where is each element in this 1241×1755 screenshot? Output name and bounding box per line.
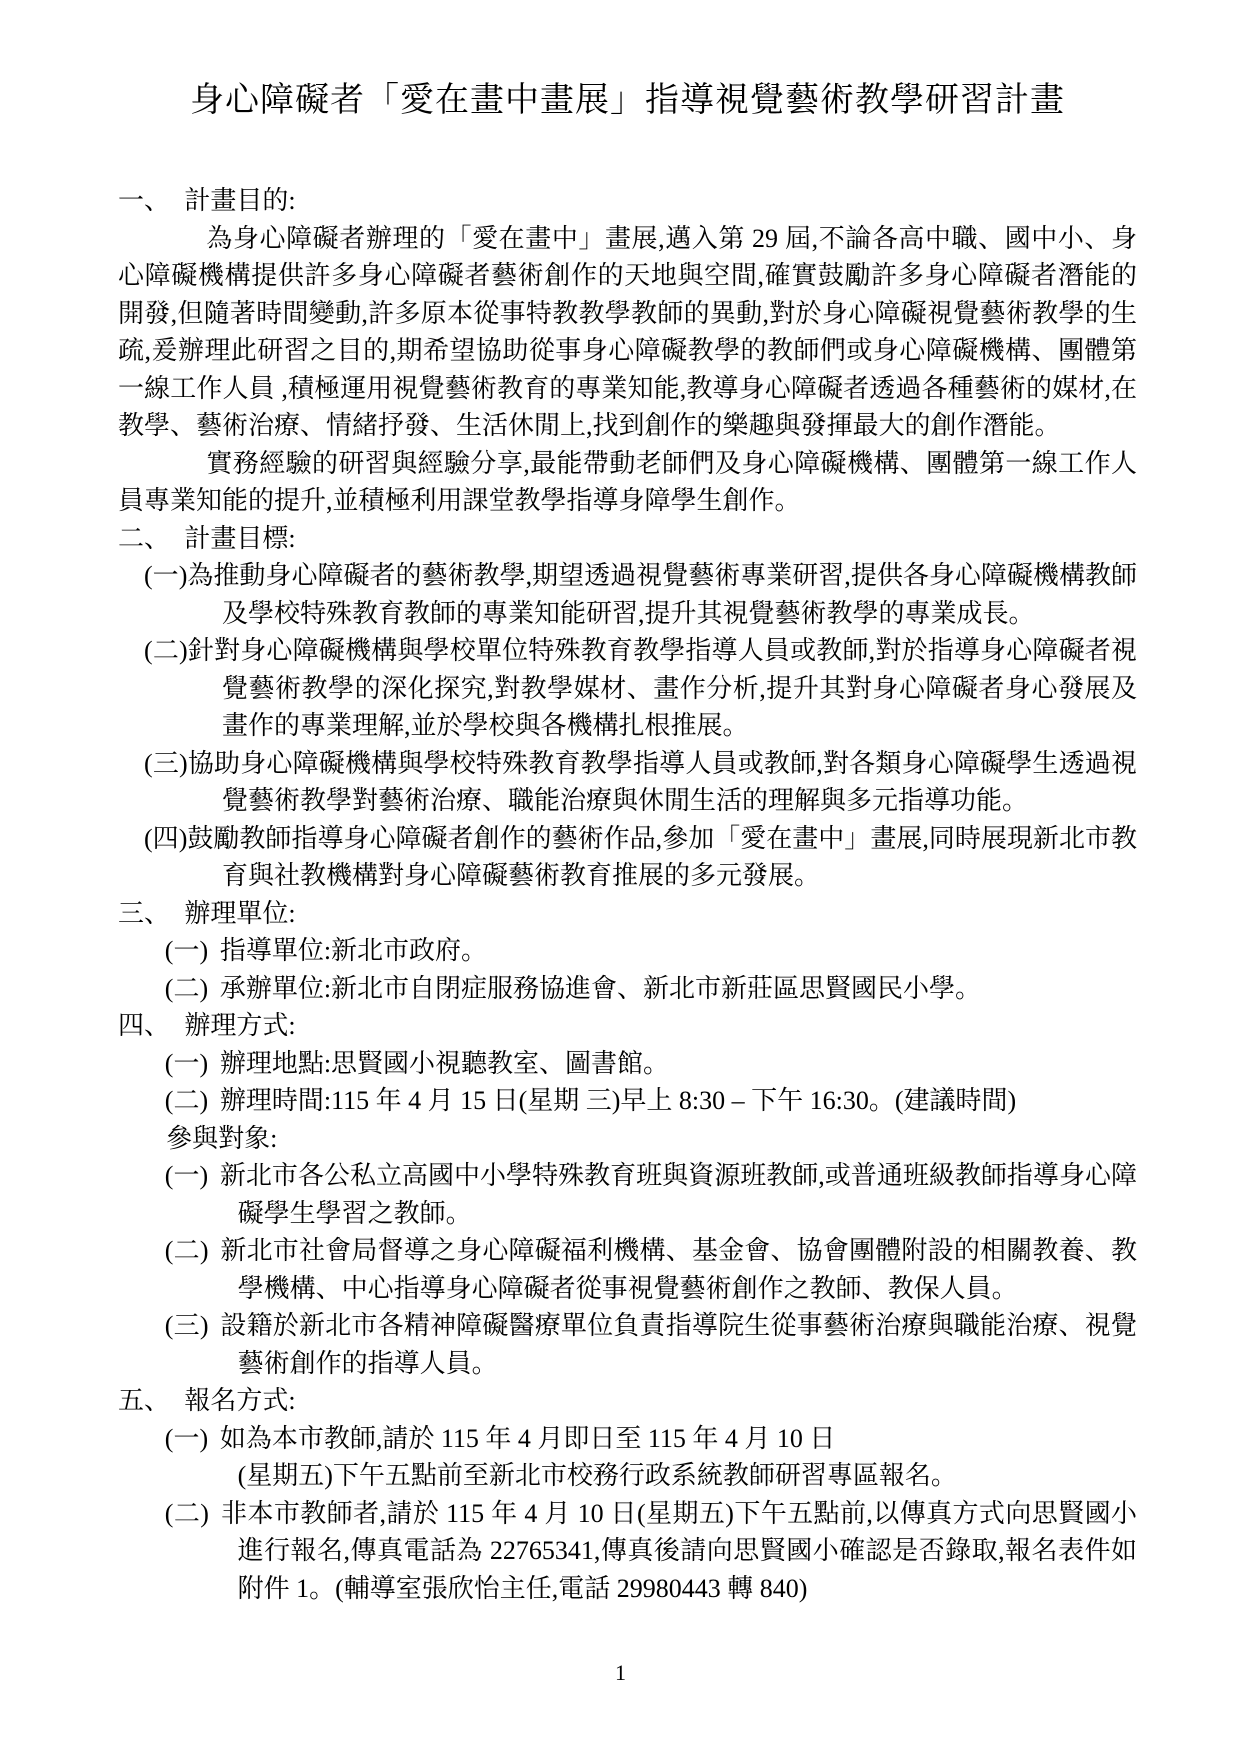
item-marker: (二) — [165, 1236, 209, 1265]
item-text: 為推動身心障礙者的藝術教學,期望透過視覺藝術專業研習,提供各身心障礙機構教師及學… — [187, 561, 1137, 628]
item-marker: (二) — [165, 1086, 208, 1115]
purpose-paragraph: 實務經驗的研習與經驗分享,最能帶動老師們及身心障礙機構、團體第一線工作人員專業知… — [118, 445, 1137, 520]
list-item: (一)新北市各公私立高國中小學特殊教育班與資源班教師,或普通班級教師指導身心障礙… — [238, 1157, 1137, 1232]
list-item: (一)辦理地點:思賢國小視聽教室、圖書館。 — [238, 1045, 1137, 1083]
list-item: (一)為推動身心障礙者的藝術教學,期望透過視覺藝術專業研習,提供各身心障礙機構教… — [222, 557, 1137, 632]
item-text: 辦理時間:115 年 4 月 15 日(星期 三)早上 8:30 – 下午 16… — [220, 1086, 1016, 1115]
section-heading-text: 計畫目標: — [184, 524, 295, 553]
item-marker: (一) — [165, 1161, 208, 1190]
list-item: (一)如為本市教師,請於 115 年 4 月即日至 115 年 4 月 10 日… — [238, 1420, 1137, 1495]
section-heading: 四、辦理方式: — [118, 1007, 1137, 1045]
list-item: (二)新北市社會局督導之身心障礙福利機構、基金會、協會團體附設的相關教養、教學機… — [238, 1232, 1137, 1307]
list-item: (二)針對身心障礙機構與學校單位特殊教育教學指導人員或教師,對於指導身心障礙者視… — [222, 632, 1137, 745]
section-method: 四、辦理方式: (一)辦理地點:思賢國小視聽教室、圖書館。 (二)辦理時間:11… — [118, 1007, 1137, 1382]
item-text: 辦理地點:思賢國小視聽教室、圖書館。 — [220, 1049, 669, 1078]
item-text: 新北市社會局督導之身心障礙福利機構、基金會、協會團體附設的相關教養、教學機構、中… — [220, 1236, 1137, 1303]
section-purpose: 一、計畫目的: 為身心障礙者辦理的「愛在畫中」畫展,邁入第 29 屆,不論各高中… — [118, 182, 1137, 520]
section-heading-text: 報名方式: — [184, 1386, 295, 1415]
section-goals: 二、計畫目標: (一)為推動身心障礙者的藝術教學,期望透過視覺藝術專業研習,提供… — [118, 520, 1137, 895]
section-heading: 二、計畫目標: — [118, 520, 1137, 558]
list-item: (三)協助身心障礙機構與學校特殊教育教學指導人員或教師,對各類身心障礙學生透過視… — [222, 745, 1137, 820]
item-text: 針對身心障礙機構與學校單位特殊教育教學指導人員或教師,對於指導身心障礙者視覺藝術… — [188, 636, 1137, 740]
item-text: 鼓勵教師指導身心障礙者創作的藝術作品,參加「愛在畫中」畫展,同時展現新北市教育與… — [187, 824, 1137, 891]
list-item: (二)辦理時間:115 年 4 月 15 日(星期 三)早上 8:30 – 下午… — [238, 1082, 1137, 1120]
item-text: 承辦單位:新北市自閉症服務協進會、新北市新莊區思賢國民小學。 — [220, 974, 981, 1003]
section-heading: 三、辦理單位: — [118, 895, 1137, 933]
section-ordinal: 二、 — [118, 524, 170, 553]
item-text: 設籍於新北市各精神障礙醫療單位負責指導院生從事藝術治療與職能治療、視覺藝術創作的… — [220, 1311, 1137, 1378]
item-text: 非本市教師者,請於 115 年 4 月 10 日(星期五)下午五點前,以傳真方式… — [221, 1499, 1137, 1603]
list-item: (四)鼓勵教師指導身心障礙者創作的藝術作品,參加「愛在畫中」畫展,同時展現新北市… — [222, 820, 1137, 895]
section-registration: 五、報名方式: (一)如為本市教師,請於 115 年 4 月即日至 115 年 … — [118, 1382, 1137, 1607]
list-item: (二)承辦單位:新北市自閉症服務協進會、新北市新莊區思賢國民小學。 — [238, 970, 1137, 1008]
section-heading-text: 計畫目的: — [184, 186, 295, 215]
section-heading-text: 辦理方式: — [184, 1011, 295, 1040]
item-text: 協助身心障礙機構與學校特殊教育教學指導人員或教師,對各類身心障礙學生透過視覺藝術… — [188, 749, 1137, 816]
list-item: (一)指導單位:新北市政府。 — [238, 932, 1137, 970]
item-marker: (一) — [165, 936, 208, 965]
document-title: 身心障礙者「愛在畫中畫展」指導視覺藝術教學研習計畫 — [118, 76, 1137, 126]
item-marker: (二) — [165, 974, 208, 1003]
item-text: 指導單位:新北市政府。 — [220, 936, 487, 965]
item-text: 新北市各公私立高國中小學特殊教育班與資源班教師,或普通班級教師指導身心障礙學生學… — [220, 1161, 1137, 1228]
item-marker: (二) — [144, 636, 188, 665]
item-marker: (一) — [144, 561, 187, 590]
item-marker: (一) — [165, 1424, 208, 1453]
list-item: (三)設籍於新北市各精神障礙醫療單位負責指導院生從事藝術治療與職能治療、視覺藝術… — [238, 1307, 1137, 1382]
section-ordinal: 五、 — [118, 1386, 170, 1415]
page-number: 1 — [0, 1659, 1241, 1687]
item-text: 如為本市教師,請於 115 年 4 月即日至 115 年 4 月 10 日 (星… — [220, 1424, 957, 1491]
item-marker: (四) — [144, 824, 187, 853]
item-marker: (三) — [144, 749, 188, 778]
section-organizers: 三、辦理單位: (一)指導單位:新北市政府。 (二)承辦單位:新北市自閉症服務協… — [118, 895, 1137, 1008]
list-item: (二)非本市教師者,請於 115 年 4 月 10 日(星期五)下午五點前,以傳… — [238, 1495, 1137, 1608]
item-marker: (三) — [165, 1311, 209, 1340]
section-heading: 五、報名方式: — [118, 1382, 1137, 1420]
section-ordinal: 四、 — [118, 1011, 170, 1040]
item-marker: (一) — [165, 1049, 208, 1078]
item-marker: (二) — [165, 1499, 209, 1528]
section-heading-text: 辦理單位: — [184, 899, 295, 928]
document-page: 身心障礙者「愛在畫中畫展」指導視覺藝術教學研習計畫 一、計畫目的: 為身心障礙者… — [0, 0, 1241, 1755]
section-heading: 一、計畫目的: — [118, 182, 1137, 220]
section-ordinal: 一、 — [118, 186, 170, 215]
purpose-paragraph: 為身心障礙者辦理的「愛在畫中」畫展,邁入第 29 屆,不論各高中職、國中小、身心… — [118, 220, 1137, 445]
section-ordinal: 三、 — [118, 899, 170, 928]
participants-label: 參與對象: — [166, 1120, 1137, 1158]
